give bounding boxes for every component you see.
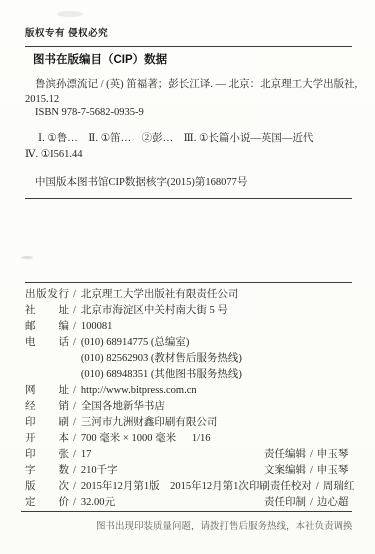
pub-row-value: 32.00元 [81, 497, 115, 508]
pub-row-value: 210千字 [81, 465, 118, 476]
publisher-row-left: /(010) 82562903 (教材售后服务热线) [25, 351, 264, 367]
divider [25, 282, 352, 283]
pub-row-right: 责任校对/周瑞红 [270, 479, 354, 495]
pub-row-right-label: 责任校对 [270, 481, 312, 492]
publisher-row: 邮编/100081 [25, 319, 352, 335]
publisher-row: 版次/2015年12月第1版 2015年12月第1次印刷责任校对/周瑞红 [25, 479, 352, 495]
pub-row-right-slash: / [316, 481, 319, 492]
pub-row-right-value: 申玉琴 [317, 449, 349, 460]
publisher-row-left: 社址/北京市海淀区中关村南大街 5 号 [25, 303, 264, 319]
pub-row-label: 经销 [25, 399, 69, 415]
pub-row-right-label: 责任印制 [264, 497, 306, 508]
pub-row-label: 网址 [25, 383, 69, 399]
pub-row-right-label: 责任编辑 [264, 449, 306, 460]
pub-row-label: 电话 [25, 335, 69, 351]
pub-row-label: 印刷 [25, 415, 69, 431]
cip-record-number: 中国版本图书馆CIP数据核字(2015)第168077号 [25, 174, 355, 189]
publisher-row: 定价/32.00元责任印制/边心超 [25, 495, 352, 511]
pub-row-label: 社址 [25, 303, 69, 319]
publisher-row-left: 印张/17 [25, 447, 264, 463]
pub-row-slash: / [73, 497, 76, 508]
publisher-row: 经销/全国各地新华书店 [25, 399, 352, 415]
pub-row-slash: / [73, 481, 76, 492]
publisher-row-left: 印刷/三河市九洲财鑫印刷有限公司 [25, 415, 264, 431]
pub-row-right: 责任编辑/申玉琴 [264, 447, 352, 463]
pub-row-slash: / [73, 321, 76, 332]
pub-row-label: 印张 [25, 447, 69, 463]
cip-classification-line2: Ⅳ. ①I561.44 [25, 147, 355, 163]
publisher-row: 电话/(010) 68914775 (总编室) [25, 335, 352, 351]
cip-description-line1: 鲁滨孙漂流记 / (英) 笛福著；彭长江译. — 北京：北京理工大学出版社, [25, 77, 355, 92]
publisher-row: 印张/17责任编辑/申玉琴 [25, 447, 352, 463]
pub-row-value: 全国各地新华书店 [81, 401, 165, 412]
publisher-row-left: 定价/32.00元 [25, 495, 264, 511]
scan-artifact [57, 11, 83, 17]
pub-row-slash: / [73, 385, 76, 396]
pub-row-label: 定价 [25, 495, 69, 511]
pub-row-value: (010) 68914775 (总编室) [81, 337, 190, 348]
pub-row-label: 字数 [25, 463, 69, 479]
divider [25, 198, 352, 199]
pub-row-slash: / [73, 401, 76, 412]
pub-row-label: 邮编 [25, 319, 69, 335]
pub-row-label: 版次 [25, 479, 69, 495]
divider [21, 511, 352, 512]
publisher-row-left: 出版发行/北京理工大学出版社有限责任公司 [25, 287, 264, 303]
pub-row-right: 责任印制/边心超 [264, 495, 352, 511]
pub-row-slash: / [73, 465, 76, 476]
pub-row-slash: / [73, 289, 76, 300]
pub-row-right-value: 边心超 [317, 497, 349, 508]
pub-row-label: 开本 [25, 431, 69, 447]
pub-row-value: (010) 82562903 (教材售后服务热线) [81, 353, 242, 364]
isbn-line: ISBN 978-7-5682-0935-9 [25, 107, 355, 118]
publisher-row: 字数/210千字文案编辑/申玉琴 [25, 463, 352, 479]
pub-row-value: http://www.bitpress.com.cn [81, 385, 197, 396]
divider [25, 46, 352, 47]
publisher-row: /(010) 68948351 (其他图书服务热线) [25, 367, 352, 383]
publisher-row-left: 开本/700 毫米 × 1000 毫米 1/16 [25, 431, 264, 447]
cip-classification: Ⅰ. ①鲁… Ⅱ. ①笛… ②彭… Ⅲ. ①长篇小说—英国—近代 Ⅳ. ①I56… [25, 131, 355, 162]
pub-row-right: 文案编辑/申玉琴 [264, 463, 352, 479]
publisher-row-left: 版次/2015年12月第1版 2015年12月第1次印刷 [25, 479, 270, 495]
pub-row-slash: / [73, 449, 76, 460]
scan-artifact [21, 256, 33, 259]
pub-row-value: 2015年12月第1版 2015年12月第1次印刷 [81, 481, 270, 492]
pub-row-right-slash: / [310, 497, 313, 508]
pub-row-label: 出版发行 [25, 287, 69, 303]
publisher-row-left: 经销/全国各地新华书店 [25, 399, 264, 415]
publisher-row: 网址/http://www.bitpress.com.cn [25, 383, 352, 399]
pub-row-value: 北京市海淀区中关村南大街 5 号 [81, 305, 228, 316]
pub-row-value: 17 [81, 449, 92, 460]
cip-classification-line1: Ⅰ. ①鲁… Ⅱ. ①笛… ②彭… Ⅲ. ①长篇小说—英国—近代 [25, 131, 355, 147]
pub-row-value: 三河市九洲财鑫印刷有限公司 [81, 417, 218, 428]
publisher-row-left: 网址/http://www.bitpress.com.cn [25, 383, 264, 399]
pub-row-right-value: 周瑞红 [323, 481, 355, 492]
pub-row-value: 700 毫米 × 1000 毫米 1/16 [81, 433, 211, 444]
pub-row-slash: / [73, 417, 76, 428]
pub-row-right-value: 申玉琴 [317, 465, 349, 476]
publisher-row-left: 邮编/100081 [25, 319, 264, 335]
pub-row-value: 北京理工大学出版社有限责任公司 [81, 289, 239, 300]
pub-row-slash: / [73, 305, 76, 316]
pub-row-right-slash: / [310, 449, 313, 460]
publisher-row-left: /(010) 68948351 (其他图书服务热线) [25, 367, 264, 383]
pub-row-slash: / [73, 337, 76, 348]
publisher-rows: 出版发行/北京理工大学出版社有限责任公司 社址/北京市海淀区中关村南大街 5 号… [25, 287, 352, 511]
publisher-row-left: 电话/(010) 68914775 (总编室) [25, 335, 264, 351]
pub-row-value: 100081 [81, 321, 113, 332]
publisher-row: 印刷/三河市九洲财鑫印刷有限公司 [25, 415, 352, 431]
pub-row-right-label: 文案编辑 [264, 465, 306, 476]
pub-row-value: (010) 68948351 (其他图书服务热线) [81, 369, 242, 380]
quality-notice: 图书出现印装质量问题，请拨打售后服务热线，本社负责调换 [96, 518, 353, 532]
pub-row-right-slash: / [310, 465, 313, 476]
cip-description-line2: 2015.12 [25, 92, 355, 107]
cip-description: 鲁滨孙漂流记 / (英) 笛福著；彭长江译. — 北京：北京理工大学出版社, 2… [25, 77, 355, 107]
publisher-row: 开本/700 毫米 × 1000 毫米 1/16 [25, 431, 352, 447]
book-copyright-page: 版权专有 侵权必究 图书在版编目（CIP）数据 鲁滨孙漂流记 / (英) 笛福著… [0, 0, 375, 554]
publisher-row: /(010) 82562903 (教材售后服务热线) [25, 351, 352, 367]
cip-heading: 图书在版编目（CIP）数据 [33, 51, 167, 67]
publisher-row: 出版发行/北京理工大学出版社有限责任公司 [25, 287, 352, 303]
pub-row-slash: / [73, 433, 76, 444]
copyright-warning-text: 版权专有 侵权必究 [25, 25, 108, 39]
publisher-row-left: 字数/210千字 [25, 463, 264, 479]
publisher-row: 社址/北京市海淀区中关村南大街 5 号 [25, 303, 352, 319]
